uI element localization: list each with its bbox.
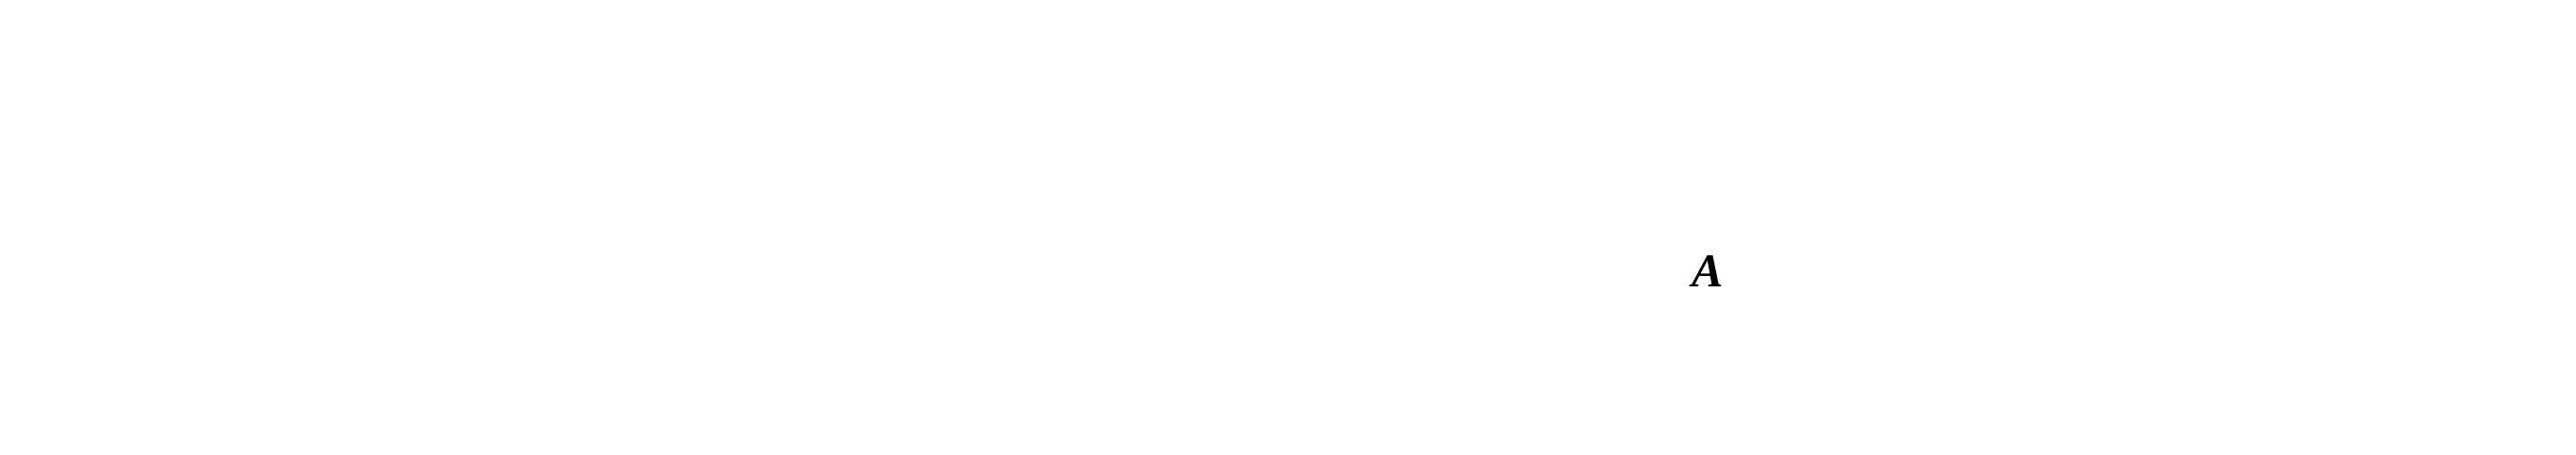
label-A: A [1689, 244, 1723, 297]
engraving-canvas: A [0, 0, 2576, 455]
engraving-plate: A [0, 0, 2576, 455]
